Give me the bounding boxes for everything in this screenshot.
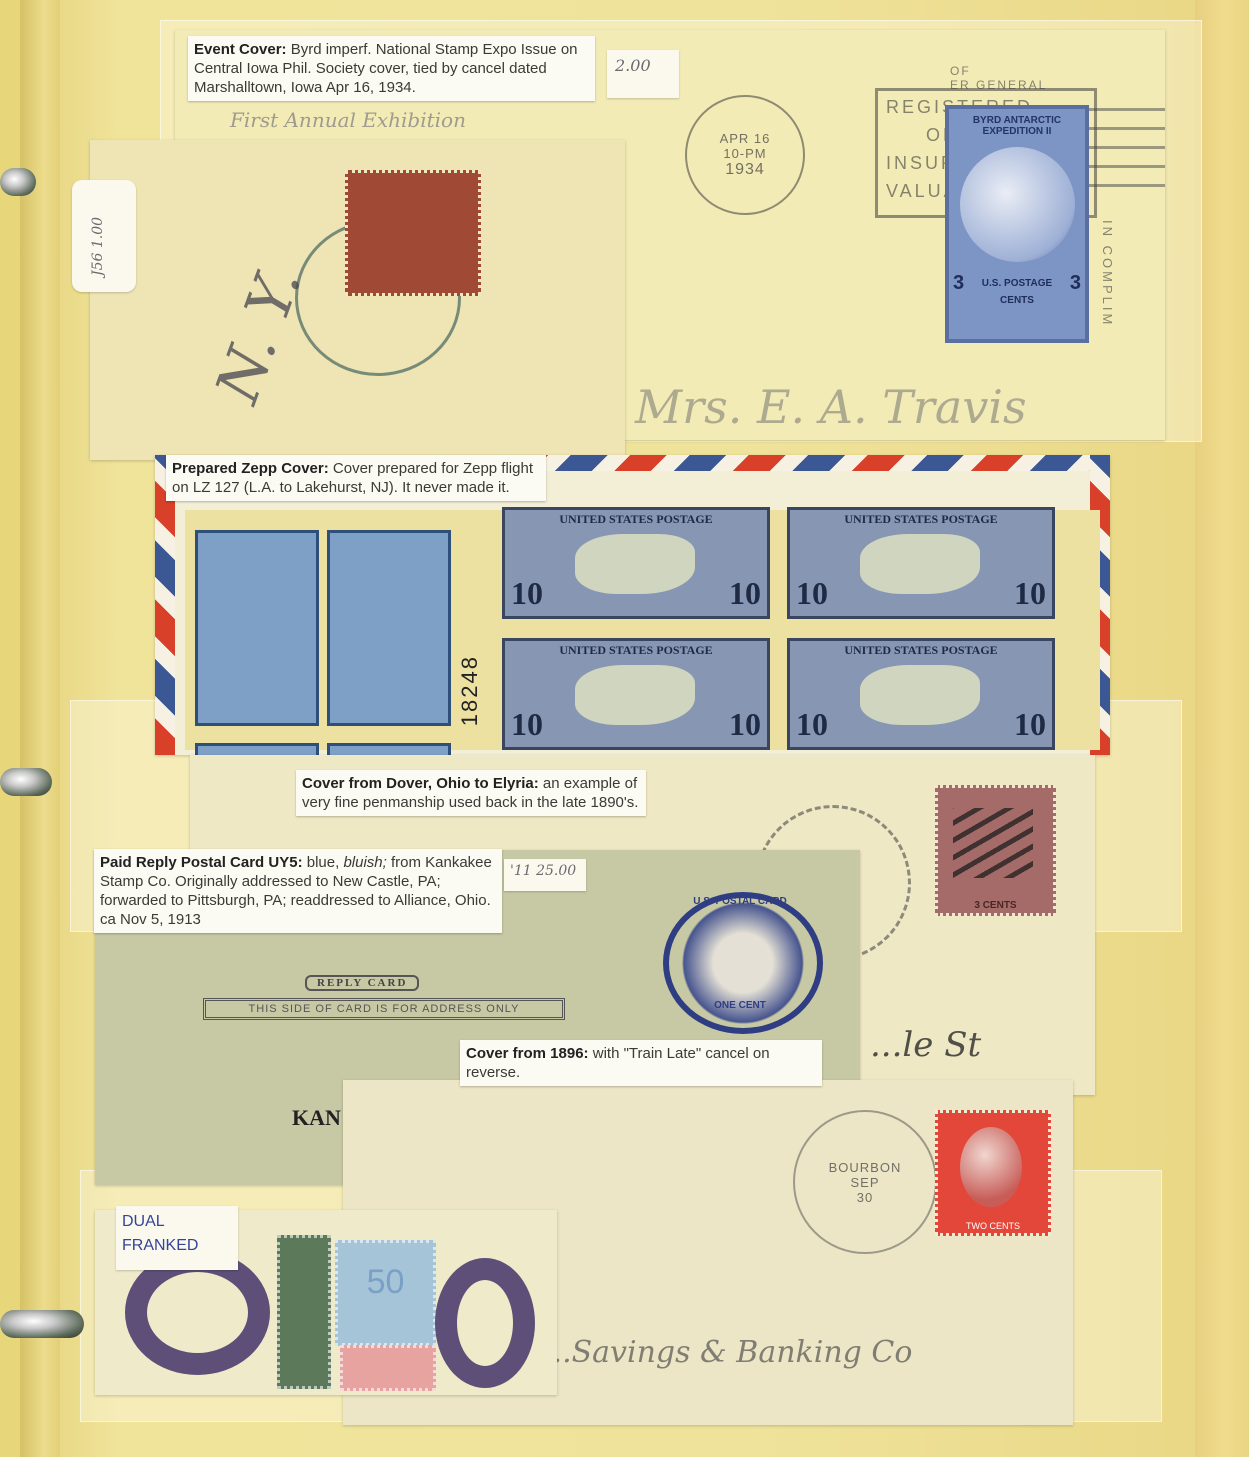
postal-card-label: Paid Reply Postal Card UY5: blue, bluish… [94,849,502,933]
cover-1896-label: Cover from 1896: with "Train Late" cance… [460,1040,822,1086]
civil-aero-stamp-2 [327,530,451,726]
marshalltown-postmark: APR 16 10-PM 1934 [685,95,805,215]
event-cover-address: Mrs. E. A. Travis [635,380,1027,434]
reply-card-heading: REPLY CARD [305,975,419,991]
plate-number: 18248 [457,655,483,726]
binder-spine [20,0,60,1457]
binder-ring-top [0,168,36,196]
purple-washington-stamp: 3 CENTS [935,785,1056,916]
civil-aero-stamp-1 [195,530,319,726]
brown-washington-stamp [345,170,481,296]
blue-50-stamp: 50 [335,1240,436,1346]
postal-card-indicia [663,892,823,1034]
russian-cover: N. Y. [90,140,625,460]
green-stamp [277,1235,331,1389]
pink-stamp [340,1345,436,1391]
dover-cover-label: Cover from Dover, Ohio to Elyria: an exa… [296,770,646,816]
airmail-stamp-3: UNITED STATES POSTAGE 1010 [502,638,770,750]
globe [960,147,1075,262]
event-cover-label: Event Cover: Byrd imperf. National Stamp… [188,36,595,101]
slogan-vertical: IN COMPLIM [1100,220,1115,327]
bourbon-postmark: BOURBON SEP 30 [793,1110,937,1254]
red-washington-stamp: TWO CENTS [935,1110,1051,1236]
byrd-stamp: BYRD ANTARCTIC EXPEDITION II 3 U.S. POST… [945,105,1089,343]
airmail-stamp-2: UNITED STATES POSTAGE 1010 [787,507,1055,619]
company-name-partial: KAN [292,1105,341,1131]
postal-card-price: '11 25.00 [504,859,586,891]
cover-1896-address: ...Savings & Banking Co [543,1335,912,1370]
envelope-indicia-right [435,1258,535,1388]
russian-cover-price-tag: J56 1.00 [72,180,136,292]
dover-stamp-cancel [953,808,1033,878]
exhibition-header: First Annual Exhibition [230,108,466,132]
binder-ring-middle [0,768,52,796]
airmail-stamp-1: UNITED STATES POSTAGE 1010 [502,507,770,619]
dual-franked-tag: DUAL FRANKED [116,1206,238,1270]
airmail-stamp-4: UNITED STATES POSTAGE 1010 [787,638,1055,750]
russian-cover-address: N. Y. [202,258,315,411]
dover-cover-address: ...le St [870,1025,981,1065]
slogan-top: OF ER GENERAL [950,64,1047,92]
event-cover-price: 2.00 [607,50,679,98]
zepp-cover-label: Prepared Zepp Cover: Cover prepared for … [166,455,546,501]
binder-ring-bottom [0,1310,84,1338]
address-only-line: THIS SIDE OF CARD IS FOR ADDRESS ONLY [203,998,565,1020]
page-right-edge [1195,0,1249,1457]
